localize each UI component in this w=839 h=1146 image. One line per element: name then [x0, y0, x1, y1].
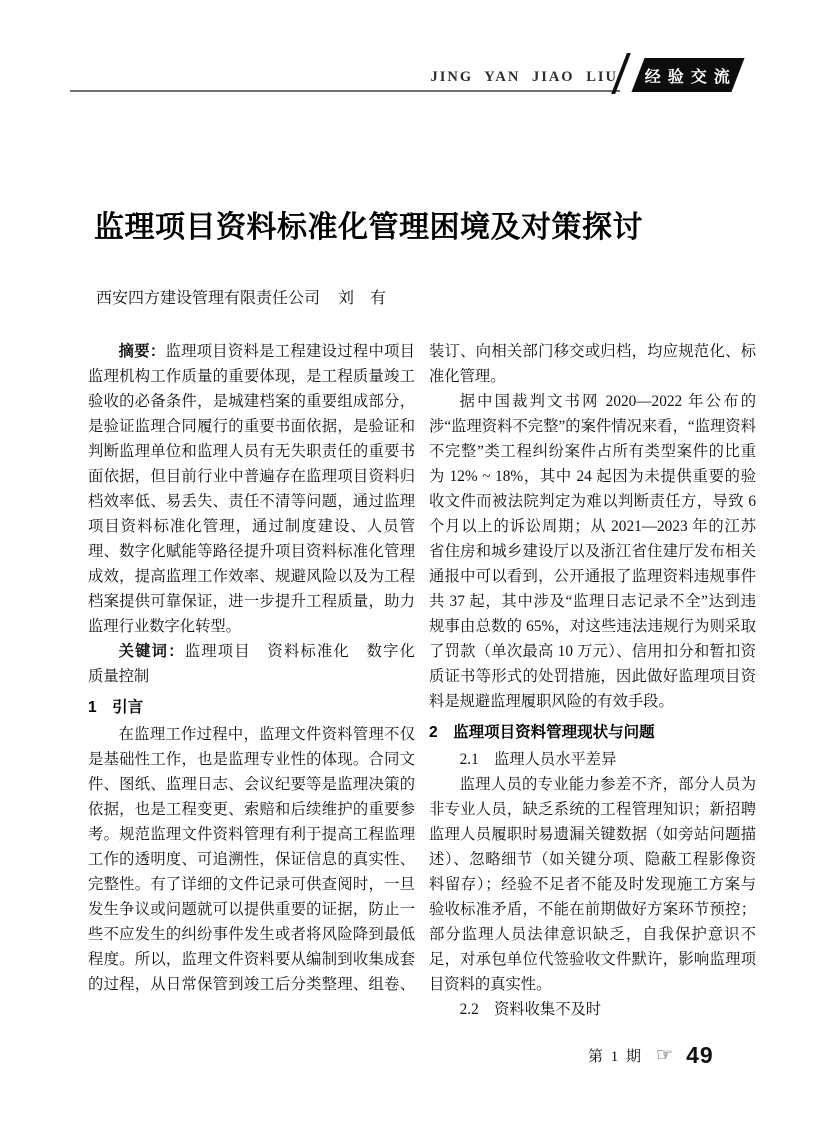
journal-page: JING YAN JIAO LIU 经验交流 监理项目资料标准化管理困境及对策探…	[0, 0, 839, 1146]
abstract-text: 监理项目资料是工程建设过程中项目监理机构工作质量的重要体现，是工程质量竣工验收的…	[88, 343, 415, 635]
article-columns: 摘要：监理项目资料是工程建设过程中项目监理机构工作质量的重要体现，是工程质量竣工…	[88, 339, 756, 1039]
author-affiliation: 西安四方建设管理有限责任公司	[96, 285, 320, 308]
column-badge-label: 经验交流	[638, 64, 737, 87]
body-paragraph: 据中国裁判文书网 2020—2022 年公布的涉“监理资料不完整”的案件情况来看…	[429, 389, 756, 714]
issue-number: 第 1 期	[588, 1045, 643, 1066]
journal-pinyin-title: JING YAN JIAO LIU	[0, 69, 618, 86]
header-rule	[70, 90, 620, 92]
section-heading-1: 1 引言	[88, 695, 415, 720]
subsection-heading-2-1: 2.1 监理人员水平差异	[429, 747, 756, 772]
article-title: 监理项目资料标准化管理困境及对策探讨	[94, 207, 754, 249]
abstract-label: 摘要：	[119, 343, 166, 360]
page-number: 49	[686, 1042, 714, 1069]
section-heading-2: 2 监理项目资料管理现状与问题	[429, 720, 756, 745]
subsection-heading-2-2: 2.2 资料收集不及时	[429, 997, 756, 1022]
keywords-paragraph: 关键词：监理项目 资料标准化 数字化 质量控制	[88, 639, 415, 689]
column-badge: 经验交流	[631, 58, 744, 92]
abstract-paragraph: 摘要：监理项目资料是工程建设过程中项目监理机构工作质量的重要体现，是工程质量竣工…	[88, 339, 415, 639]
keywords-label: 关键词：	[119, 643, 185, 660]
body-paragraph: 监理人员的专业能力参差不齐，部分人员为非专业人员，缺乏系统的工程管理知识；新招聘…	[429, 772, 756, 997]
pointing-hand-icon: ☞	[656, 1046, 673, 1065]
byline: 西安四方建设管理有限责任公司 刘 有	[96, 285, 386, 308]
author-name: 刘 有	[338, 285, 386, 308]
page-footer: 第 1 期 ☞ 49	[588, 1042, 714, 1069]
